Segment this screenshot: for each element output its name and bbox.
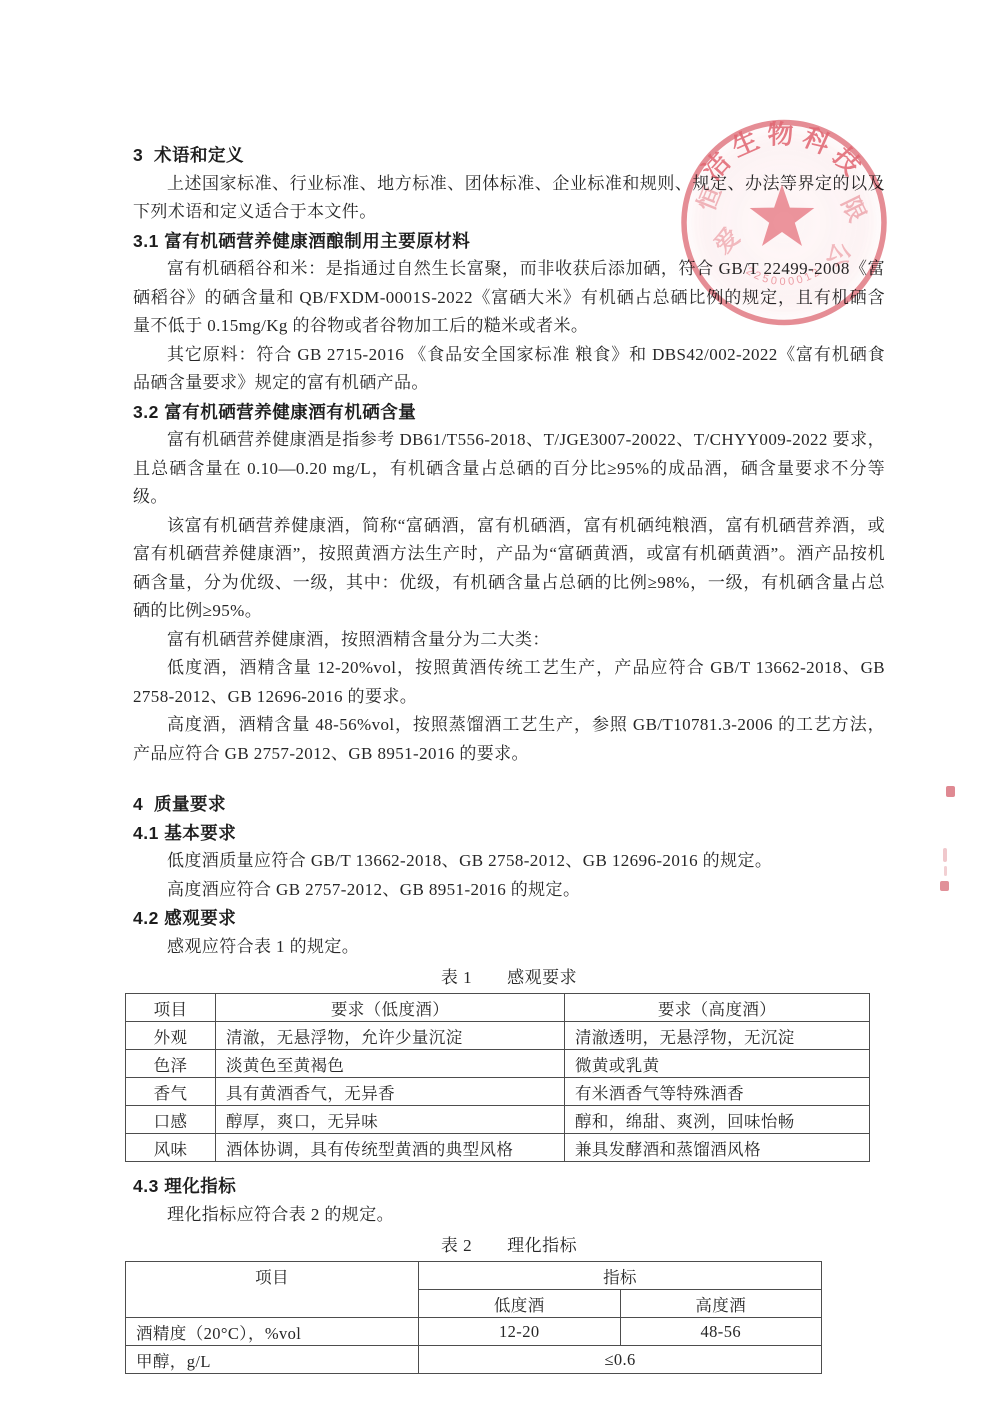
table-cell: 酒精度（20°C），%vol — [126, 1318, 419, 1346]
table-header-row: 项目 要求（低度酒） 要求（高度酒） — [126, 994, 870, 1022]
scan-artifact — [946, 786, 955, 797]
table-cell: 12-20 — [419, 1318, 621, 1346]
table-header-row: 项目 指标 — [126, 1262, 822, 1290]
section-3-2-heading: 3.2 富有机硒营养健康酒有机硒含量 — [133, 398, 885, 427]
table-cell: 48-56 — [620, 1318, 822, 1346]
table-cell: ≤0.6 — [419, 1346, 822, 1374]
table-header-cell: 要求（低度酒） — [216, 994, 565, 1022]
section-4-2-heading: 4.2 感观要求 — [133, 904, 885, 933]
table-cell: 醇厚，爽口，无异味 — [216, 1106, 565, 1134]
table-2-caption: 表 2 理化指标 — [133, 1232, 885, 1259]
scan-artifact — [943, 848, 947, 862]
table-cell: 酒体协调，具有传统型黄酒的典型风格 — [216, 1134, 565, 1162]
table-header-cell: 要求（高度酒） — [565, 994, 870, 1022]
paragraph-selenium-content: 富有机硒营养健康酒是指参考 DB61/T556-2018、T/JGE3007-2… — [133, 426, 885, 512]
paragraph-high-alcohol: 高度酒，酒精含量 48-56%vol，按照蒸馏酒工艺生产，参照 GB/T1078… — [133, 711, 885, 768]
paragraph-low-alcohol: 低度酒，酒精含量 12-20%vol，按照黄酒传统工艺生产，产品应符合 GB/T… — [133, 654, 885, 711]
table-row: 甲醇，g/L ≤0.6 — [126, 1346, 822, 1374]
sensory-requirements-table: 项目 要求（低度酒） 要求（高度酒） 外观 清澈，无悬浮物，允许少量沉淀 清澈透… — [125, 993, 870, 1162]
paragraph-physchem-ref: 理化指标应符合表 2 的规定。 — [133, 1201, 885, 1230]
table-cell: 外观 — [126, 1022, 216, 1050]
table-row: 酒精度（20°C），%vol 12-20 48-56 — [126, 1318, 822, 1346]
table-cell: 淡黄色至黄褐色 — [216, 1050, 565, 1078]
table-header-cell: 项目 — [126, 1262, 419, 1318]
table-row: 风味 酒体协调，具有传统型黄酒的典型风格 兼具发酵酒和蒸馏酒风格 — [126, 1134, 870, 1162]
table-cell: 醇和，绵甜、爽洌，回味怡畅 — [565, 1106, 870, 1134]
table-cell: 香气 — [126, 1078, 216, 1106]
paragraph-high-alcohol-standards: 高度酒应符合 GB 2757-2012、GB 8951-2016 的规定。 — [133, 876, 885, 905]
table-header-cell: 项目 — [126, 994, 216, 1022]
section-4-1-heading: 4.1 基本要求 — [133, 819, 885, 848]
section-4-3-heading: 4.3 理化指标 — [133, 1172, 885, 1201]
table-cell: 微黄或乳黄 — [565, 1050, 870, 1078]
section-4-heading: 4 质量要求 — [133, 790, 885, 819]
table-cell: 口感 — [126, 1106, 216, 1134]
table-row: 外观 清澈，无悬浮物，允许少量沉淀 清澈透明，无悬浮物，无沉淀 — [126, 1022, 870, 1050]
table-row: 香气 具有黄酒香气，无异香 有米酒香气等特殊酒香 — [126, 1078, 870, 1106]
table-row: 色泽 淡黄色至黄褐色 微黄或乳黄 — [126, 1050, 870, 1078]
table-cell: 有米酒香气等特殊酒香 — [565, 1078, 870, 1106]
table-cell: 清澈透明，无悬浮物，无沉淀 — [565, 1022, 870, 1050]
paragraph-sensory-ref: 感观应符合表 1 的规定。 — [133, 933, 885, 962]
table-row: 口感 醇厚，爽口，无异味 醇和，绵甜、爽洌，回味怡畅 — [126, 1106, 870, 1134]
table-1-caption: 表 1 感观要求 — [133, 964, 885, 991]
table-cell: 色泽 — [126, 1050, 216, 1078]
paragraph-low-alcohol-standards: 低度酒质量应符合 GB/T 13662-2018、GB 2758-2012、GB… — [133, 847, 885, 876]
physicochemical-index-table: 项目 指标 低度酒 高度酒 酒精度（20°C），%vol 12-20 48-56… — [125, 1261, 822, 1374]
table-header-cell: 指标 — [419, 1262, 822, 1290]
table-cell: 清澈，无悬浮物，允许少量沉淀 — [216, 1022, 565, 1050]
scan-artifact — [944, 866, 947, 876]
table-cell: 风味 — [126, 1134, 216, 1162]
paragraph-other-materials: 其它原料：符合 GB 2715-2016 《食品安全国家标准 粮食》和 DBS4… — [133, 341, 885, 398]
company-seal-stamp: 洁生物科技 恒 爱 限 公 225000012 — [678, 108, 890, 338]
table-header-cell: 高度酒 — [620, 1290, 822, 1318]
paragraph-product-names-grades: 该富有机硒营养健康酒，简称“富硒酒，富有机硒酒，富有机硒纯粮酒，富有机硒营养酒，… — [133, 512, 885, 626]
table-cell: 甲醇，g/L — [126, 1346, 419, 1374]
paragraph-two-categories: 富有机硒营养健康酒，按照酒精含量分为二大类： — [133, 626, 885, 655]
scan-artifact — [940, 881, 949, 891]
table-cell: 具有黄酒香气，无异香 — [216, 1078, 565, 1106]
table-cell: 兼具发酵酒和蒸馏酒风格 — [565, 1134, 870, 1162]
table-header-cell: 低度酒 — [419, 1290, 621, 1318]
